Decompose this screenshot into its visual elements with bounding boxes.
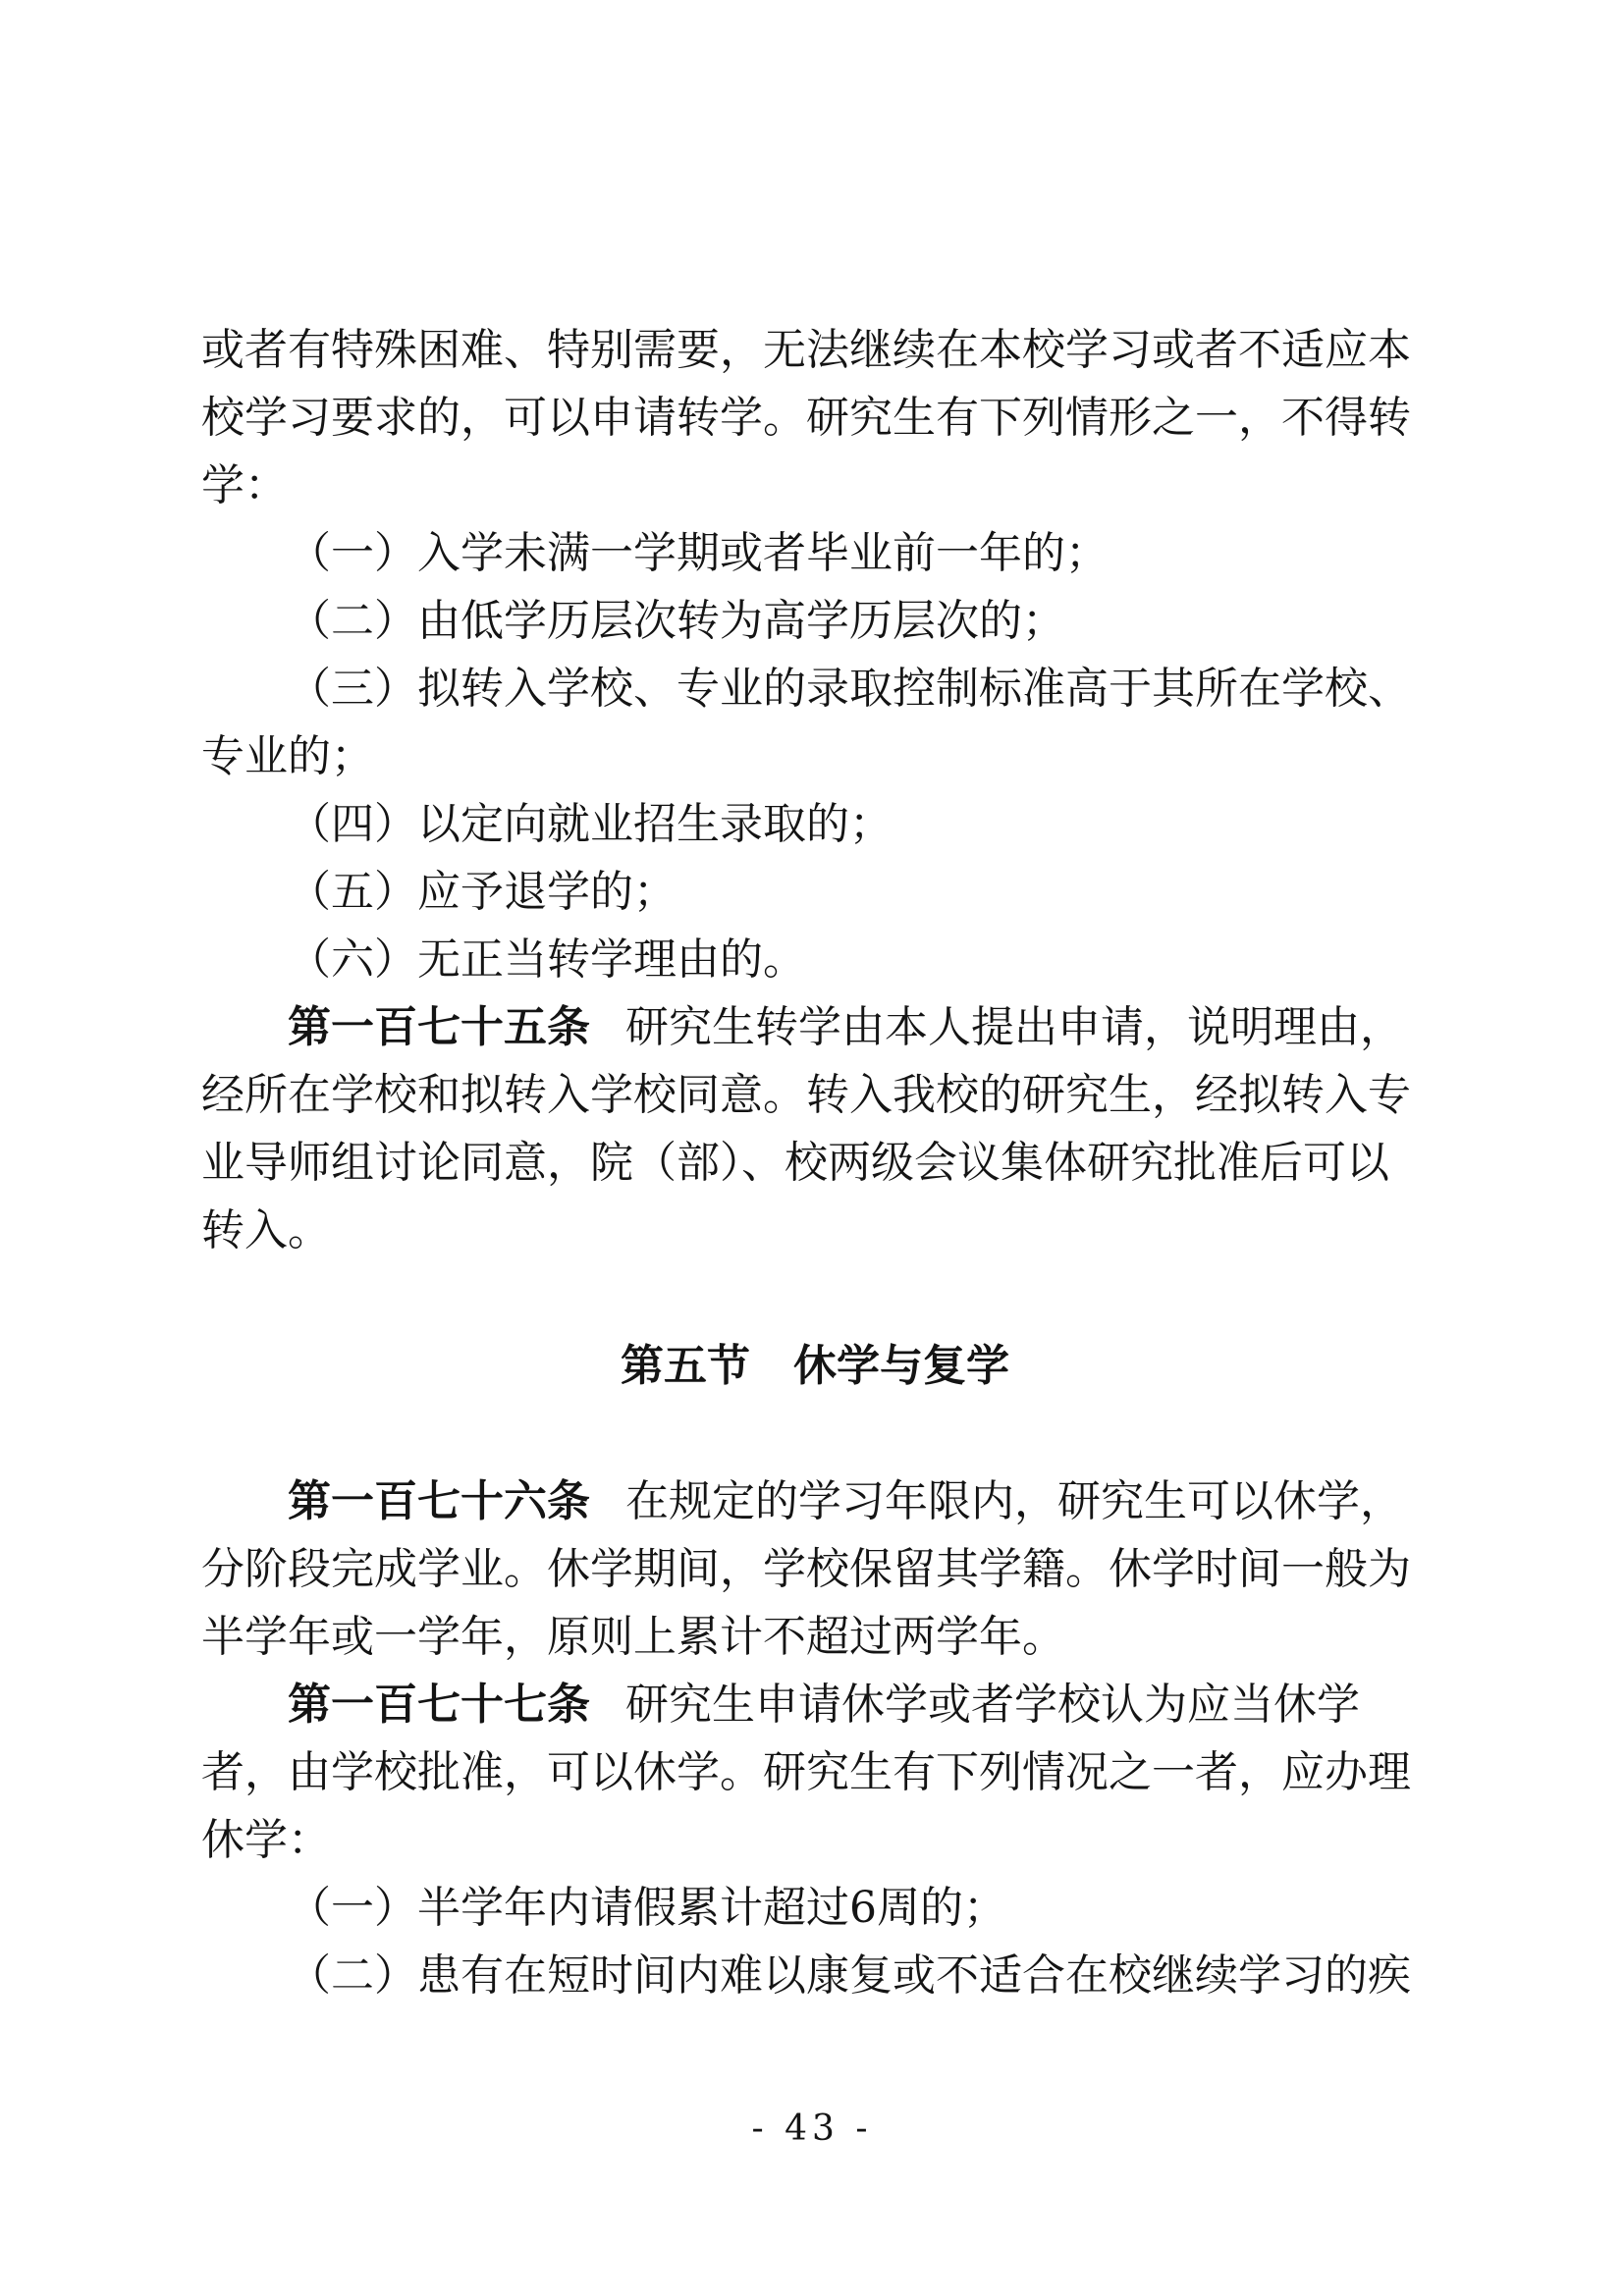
- text-segment: 半学年或一学年，原则上累计不超过两学年。: [201, 1612, 1065, 1662]
- text-segment: （四）以定向就业招生录取的；: [288, 799, 893, 849]
- text-segment: 经所在学校和拟转入学校同意。转入我校的研究生，经拟转入专: [201, 1070, 1411, 1120]
- text-segment: 业导师组讨论同意，院（部）、校两级会议集体研究批准后可以: [201, 1138, 1389, 1188]
- document-body: 或者有特殊困难、特别需要，无法继续在本校学习或者不适应本校学习要求的，可以申请转…: [201, 316, 1429, 2009]
- text-segment: （三）拟转入学校、专业的录取控制标准高于其所在学校、: [288, 664, 1411, 714]
- text-segment: 者，由学校批准，可以休学。研究生有下列情况之一者，应办理: [201, 1747, 1411, 1797]
- text-segment: （二）患有在短时间内难以康复或不适合在校继续学习的疾: [288, 1950, 1411, 2001]
- text-segment: 休学：: [201, 1815, 331, 1865]
- text-line: 者，由学校批准，可以休学。研究生有下列情况之一者，应办理: [201, 1738, 1429, 1806]
- document-page: 或者有特殊困难、特别需要，无法继续在本校学习或者不适应本校学习要求的，可以申请转…: [0, 0, 1624, 2296]
- text-segment: （六）无正当转学理由的。: [288, 934, 806, 985]
- page-number-footer: - 43 -: [0, 2109, 1624, 2149]
- text-line: 第一百七十七条研究生申请休学或者学校认为应当休学: [201, 1671, 1429, 1738]
- text-segment: （一）半学年内请假累计超过6周的；: [288, 1883, 1006, 1933]
- text-line: 或者有特殊困难、特别需要，无法继续在本校学习或者不适应本: [201, 316, 1429, 384]
- text-line: 休学：: [201, 1806, 1429, 1874]
- text-line: 分阶段完成学业。休学期间，学校保留其学籍。休学时间一般为: [201, 1535, 1429, 1603]
- text-line: （二）患有在短时间内难以康复或不适合在校继续学习的疾: [201, 1942, 1429, 2009]
- text-line: 半学年或一学年，原则上累计不超过两学年。: [201, 1603, 1429, 1671]
- section-heading: 第五节休学与复学: [201, 1332, 1429, 1400]
- text-line: 转入。: [201, 1197, 1429, 1264]
- text-line: 专业的；: [201, 722, 1429, 790]
- text-segment: 校学习要求的，可以申请转学。研究生有下列情形之一，不得转: [201, 393, 1411, 443]
- text-line: （六）无正当转学理由的。: [201, 926, 1429, 993]
- text-segment: 第五节: [621, 1341, 750, 1391]
- text-segment: （五）应予退学的；: [288, 867, 677, 917]
- text-line: （三）拟转入学校、专业的录取控制标准高于其所在学校、: [201, 655, 1429, 722]
- article-number: 第一百七十七条: [288, 1680, 590, 1730]
- text-line: （五）应予退学的；: [201, 858, 1429, 926]
- text-line: 第一百七十五条研究生转学由本人提出申请，说明理由，: [201, 993, 1429, 1061]
- text-segment: 休学与复学: [793, 1341, 1009, 1391]
- text-line: 校学习要求的，可以申请转学。研究生有下列情形之一，不得转: [201, 384, 1429, 452]
- article-number: 第一百七十五条: [288, 1002, 590, 1052]
- text-line: （四）以定向就业招生录取的；: [201, 790, 1429, 858]
- text-segment: （一）入学未满一学期或者毕业前一年的；: [288, 528, 1109, 578]
- text-segment: 学：: [201, 460, 288, 510]
- text-segment: 研究生转学由本人提出申请，说明理由，: [625, 1002, 1403, 1052]
- text-line: （一）入学未满一学期或者毕业前一年的；: [201, 519, 1429, 587]
- text-segment: 转入。: [201, 1205, 331, 1255]
- text-segment: （二）由低学历层次转为高学历层次的；: [288, 596, 1065, 646]
- text-segment: 或者有特殊困难、特别需要，无法继续在本校学习或者不适应本: [201, 325, 1411, 375]
- text-line: 学：: [201, 452, 1429, 519]
- text-line: 经所在学校和拟转入学校同意。转入我校的研究生，经拟转入专: [201, 1061, 1429, 1129]
- text-line: （一）半学年内请假累计超过6周的；: [201, 1874, 1429, 1942]
- text-segment: 研究生申请休学或者学校认为应当休学: [625, 1680, 1360, 1730]
- text-segment: 在规定的学习年限内，研究生可以休学，: [625, 1476, 1403, 1526]
- text-segment: 专业的；: [201, 731, 374, 781]
- article-number: 第一百七十六条: [288, 1476, 590, 1526]
- text-segment: 分阶段完成学业。休学期间，学校保留其学籍。休学时间一般为: [201, 1544, 1411, 1594]
- text-line: （二）由低学历层次转为高学历层次的；: [201, 587, 1429, 655]
- text-line: 第一百七十六条在规定的学习年限内，研究生可以休学，: [201, 1468, 1429, 1535]
- text-line: 业导师组讨论同意，院（部）、校两级会议集体研究批准后可以: [201, 1129, 1429, 1197]
